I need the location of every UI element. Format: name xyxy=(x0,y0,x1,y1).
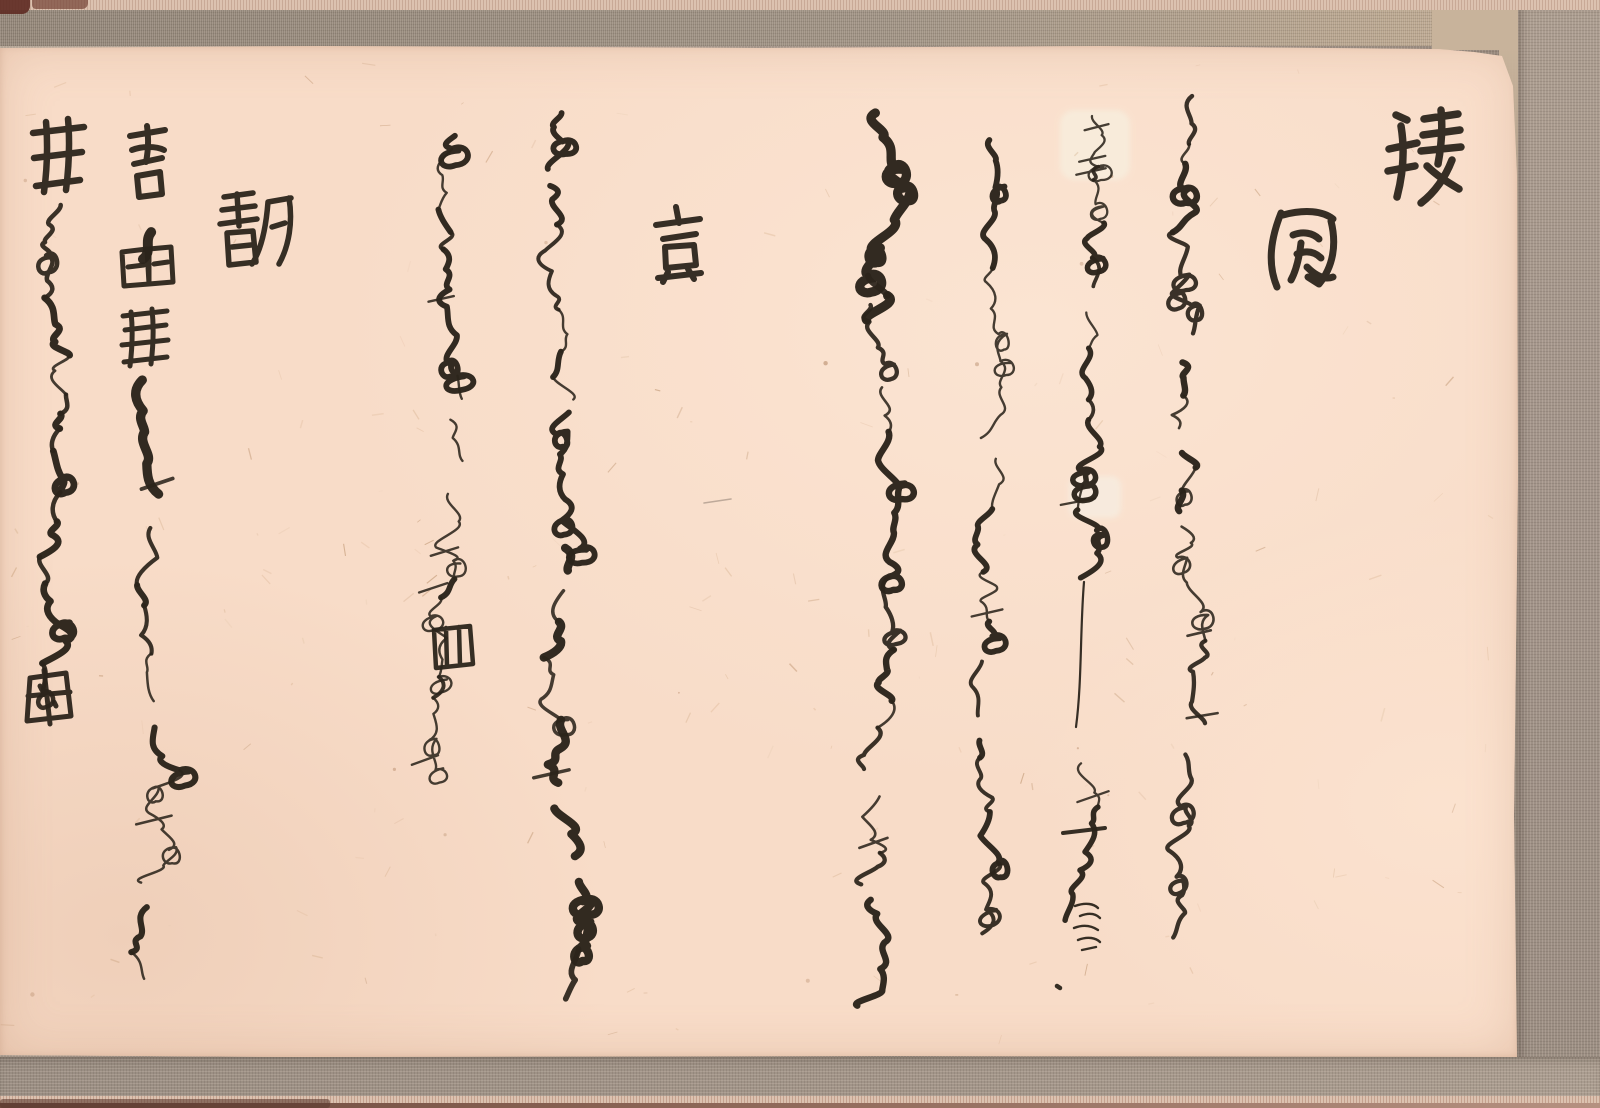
text-column-right-col-3 xyxy=(971,140,1014,933)
box-mother xyxy=(27,670,71,724)
text-column-right-col-2-lower xyxy=(1065,763,1109,920)
thin-long-stroke xyxy=(1076,582,1084,727)
text-column-left-col-a xyxy=(38,205,74,708)
left-col-b-head xyxy=(130,126,165,197)
section-marker xyxy=(656,207,701,282)
ink-dot xyxy=(1057,986,1060,988)
left-pair xyxy=(220,193,291,265)
text-column-right-col-4-head xyxy=(860,113,914,320)
text-column-right-col-4 xyxy=(856,305,914,1006)
text-column-left-col-b-mid xyxy=(136,380,173,494)
headline-right-1 xyxy=(1388,110,1461,203)
small-end-cluster xyxy=(1074,904,1100,950)
headline-right-2 xyxy=(1271,212,1333,287)
text-column-mid-col-2 xyxy=(412,136,473,784)
pencil-dash xyxy=(704,499,731,503)
text-column-mid-col-1-upper xyxy=(538,113,594,563)
manuscript-photo xyxy=(0,0,1600,1108)
ink-layer xyxy=(0,0,1600,1108)
text-column-mid-col-1-lower xyxy=(534,548,599,999)
text-column-left-col-b-lower xyxy=(131,528,195,979)
ink-columns xyxy=(38,96,1217,1006)
left-col-b-boxes xyxy=(122,247,173,366)
text-column-right-col-1 xyxy=(1167,96,1217,938)
ink-features xyxy=(27,110,1461,988)
dash-stroke xyxy=(1063,828,1105,833)
left-col-a-head xyxy=(33,119,84,192)
